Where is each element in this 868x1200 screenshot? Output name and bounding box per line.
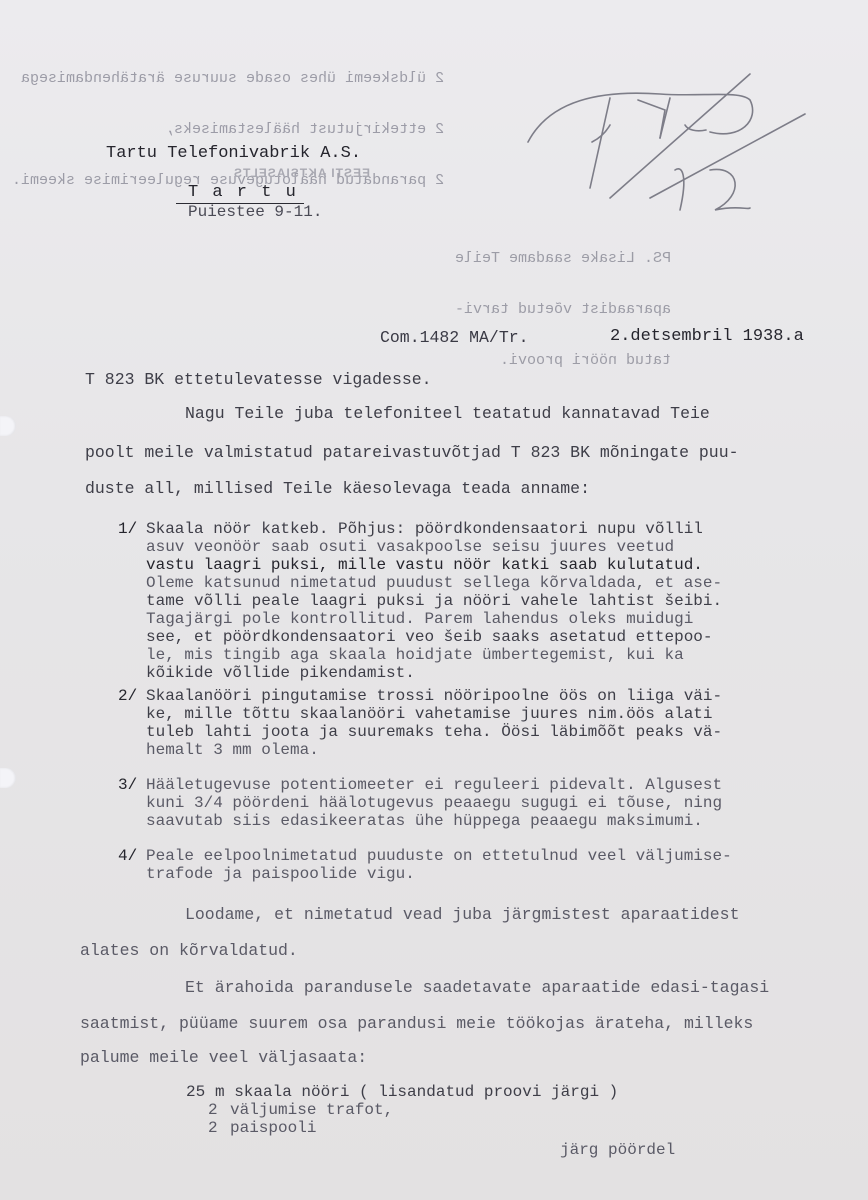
- bleed-line: 2 üldskeemi ühes osade suuruse äratähend…: [12, 70, 444, 87]
- defect-number: 1/: [118, 520, 137, 538]
- defect-line: Tagajärgi pole kontrollitud. Parem lahen…: [146, 610, 693, 628]
- continued-note: järg pöördel: [560, 1141, 675, 1159]
- punch-hole: [0, 768, 16, 788]
- intro-line: duste all, millised Teile käesolevaga te…: [85, 479, 590, 498]
- defect-number: 2/: [118, 687, 137, 705]
- defect-line: trafode ja paispoolide vigu.: [146, 865, 415, 883]
- recipient-company: Tartu Telefonivabrik A.S.: [106, 144, 361, 163]
- order-item: väljumise trafot,: [230, 1101, 393, 1119]
- order-qty: 25: [186, 1083, 205, 1101]
- order-item: m skaala nööri ( lisandatud proovi järgi…: [215, 1083, 618, 1101]
- intro-line: poolt meile valmistatud patareivastuvõtj…: [85, 443, 739, 462]
- bleed-through-ps: PS. Lisake saadame Teile aparaadist võet…: [455, 216, 671, 403]
- intro-line: Nagu Teile juba telefoniteel teatatud ka…: [185, 404, 710, 423]
- order-item: paispooli: [230, 1119, 316, 1137]
- closing-line: Loodame, et nimetatud vead juba järgmist…: [185, 905, 740, 924]
- recipient-city: T a r t u: [188, 183, 298, 202]
- bleed-line: tatud nööri proovi.: [455, 352, 671, 369]
- defect-line: Oleme katsunud nimetatud puudust sellega…: [146, 574, 722, 592]
- defect-line: see, et pöördkondensaatori veo šeib saak…: [146, 628, 713, 646]
- request-line: Et ärahoida parandusele saadetavate apar…: [185, 978, 769, 997]
- defect-line: tuleb lahti joota ja suuremaks teha. Öös…: [146, 723, 722, 741]
- defect-line: tame võlli peale laagri puksi ja nööri v…: [146, 592, 722, 610]
- defect-line: asuv veonöör saab osuti vasakpoolse seis…: [146, 538, 674, 556]
- defect-line: Skaala nöör katkeb. Põhjus: pöördkondens…: [146, 520, 703, 538]
- letter-page: 2 üldskeemi ühes osade suuruse äratähend…: [0, 0, 868, 1200]
- defect-line: kõikide võllide pikendamist.: [146, 664, 415, 682]
- bleed-line: PS. Lisake saadame Teile: [455, 250, 671, 267]
- order-qty: 2: [208, 1101, 218, 1119]
- closing-line: alates on kõrvaldatud.: [80, 941, 298, 960]
- request-line: palume meile veel väljasaata:: [80, 1048, 367, 1067]
- order-qty: 2: [208, 1119, 218, 1137]
- defect-line: saavutab siis edasikeeratas ühe hüppega …: [146, 812, 703, 830]
- defect-line: hemalt 3 mm olema.: [146, 741, 319, 759]
- defect-number: 3/: [118, 776, 137, 794]
- letter-date: 2.detsembril 1938.a: [610, 327, 804, 346]
- defect-line: ke, mille tõttu skaalanööri vahetamise j…: [146, 705, 713, 723]
- reference-number: Com.1482 MA/Tr.: [380, 328, 529, 347]
- request-line: saatmist, püüame suurem osa parandusi me…: [80, 1014, 753, 1033]
- punch-hole: [0, 416, 16, 436]
- defect-line: vastu laagri puksi, mille vastu nöör kat…: [146, 556, 703, 574]
- bleed-line: aparaadist võetud tarvi-: [455, 301, 671, 318]
- company-stamp: EESTI AKTSIASELTS: [233, 166, 370, 180]
- subject-line: T 823 BK ettetulevatesse vigadesse.: [85, 370, 432, 389]
- bleed-line: 2 ettekirjutust häälestamiseks,: [12, 121, 444, 138]
- defect-line: le, mis tingib aga skaala hoidjate ümber…: [146, 646, 684, 664]
- defect-line: Peale eelpoolnimetatud puuduste on ettet…: [146, 847, 732, 865]
- handwritten-signature: [510, 70, 810, 220]
- defect-line: kuni 3/4 pöördeni häälotugevus peaaegu s…: [146, 794, 722, 812]
- defect-number: 4/: [118, 847, 137, 865]
- recipient-street: Puiestee 9-11.: [188, 203, 322, 221]
- defect-line: Skaalanööri pingutamise trossi nööripool…: [146, 687, 722, 705]
- defect-line: Hääletugevuse potentiomeeter ei reguleer…: [146, 776, 722, 794]
